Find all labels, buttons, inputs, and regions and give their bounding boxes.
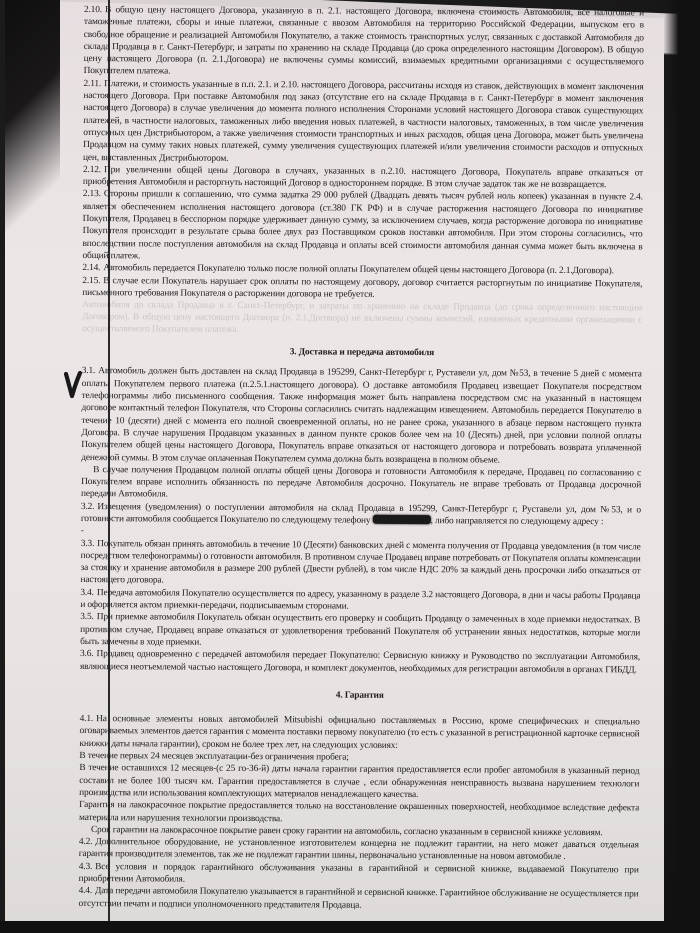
- clause-text: Платежи, и стоимость указанные в п.п. 2.…: [83, 79, 644, 164]
- clause: 3.2.Извещения (уведомления) о поступлени…: [81, 501, 641, 541]
- clause: 3.5.При приемке автомобиля Покупатель об…: [80, 611, 640, 651]
- clause: 4.4.Дата передачи автомобиля Покупателю …: [78, 885, 638, 913]
- clause-text: В течение оставшихся 12 месяцев-(с 25 го…: [79, 763, 639, 800]
- clause-number: 3.5.: [80, 612, 94, 622]
- clause-number: 2.15.: [82, 276, 100, 286]
- clause-number: 2.13.: [83, 189, 101, 199]
- clause-number: 3.2.: [81, 502, 95, 512]
- clause: 4.3.Все условия и порядок гарантийного о…: [79, 861, 639, 889]
- clause-number: 4.1.: [80, 714, 94, 724]
- clause-text: Дополнительное оборудование, не установл…: [79, 837, 639, 862]
- section-3-title: 3. Доставка и передача автомобиля: [82, 345, 642, 361]
- clause: 4.2.Дополнительное оборудование, не уста…: [79, 836, 639, 864]
- clause: В случае получения Продавцом полной опла…: [81, 464, 641, 504]
- clause: 3.3.Покупатель обязан принять автомобиль…: [80, 538, 640, 591]
- clause-number: 4.3.: [79, 862, 93, 872]
- clause: 4.1.На основные элементы новых автомобил…: [79, 713, 639, 753]
- clause-text: На основные элементы новых автомобилей M…: [79, 714, 639, 750]
- right-dark-area: [664, 0, 700, 933]
- clause-text: Дата передачи автомобиля Покупателю указ…: [78, 886, 638, 910]
- clause: Гарантия на лакокрасочное покрытие предо…: [79, 799, 639, 827]
- clause-text: При увеличении общей цены Договора в слу…: [83, 165, 643, 190]
- clause: 2.12.При увеличении общей цены Договора …: [83, 164, 643, 192]
- section-2-tail: 2.10.В общую цену настоящего Договора, у…: [82, 4, 644, 303]
- clause: 3.6.Продавец одновременно с передачей ав…: [80, 648, 640, 676]
- section-4-title: 4. Гарантия: [80, 688, 640, 704]
- clause-number: 2.10.: [84, 5, 102, 15]
- clause-number: 2.11.: [83, 79, 101, 89]
- clause-text: , либо направляется по следующему адресу…: [431, 516, 604, 527]
- clause-text: В общую цену настоящего Договора, указан…: [84, 5, 644, 77]
- page-left-edge: [0, 0, 5, 933]
- clause: 3.4.Передача автомобиля Покупателю осуще…: [80, 587, 640, 615]
- bottom-dark-area: [0, 921, 700, 933]
- clause-text: Все условия и порядок гарантийного обслу…: [79, 862, 639, 885]
- clause-number: 3.3.: [81, 539, 95, 549]
- clause-text: Стороны пришли к соглашению, что сумма з…: [82, 190, 642, 262]
- clause-text: В случае если Покупатель нарушает срок о…: [82, 276, 642, 300]
- clause: 2.10.В общую цену настоящего Договора, у…: [84, 4, 644, 81]
- clause-number: 2.14.: [82, 263, 100, 273]
- clause-number: 4.2.: [79, 837, 93, 847]
- clause-number: 3.6.: [80, 649, 94, 659]
- clause-text: Автомобиль передается Покупателю только …: [103, 263, 613, 276]
- show-through-text: Автомобиля до склада Продавца в г. Санкт…: [82, 299, 642, 338]
- handwritten-check-mark-icon: [64, 371, 82, 399]
- clause-number: 4.4.: [79, 886, 93, 896]
- clause-text: Передача автомобиля Покупателю осуществл…: [80, 588, 640, 612]
- clause-text: При приемке автомобиля Покупатель обязан…: [80, 612, 640, 647]
- clause: 2.15.В случае если Покупатель нарушает с…: [82, 275, 642, 303]
- clause-number: 3.4.: [80, 588, 94, 598]
- corner-shadow: [0, 0, 60, 260]
- clause-text: В случае получения Продавцом полной опла…: [81, 465, 641, 500]
- clause-text: Автомобиль должен быть доставлен на скла…: [81, 367, 642, 466]
- clause-text: Продавец одновременно с передачей автомо…: [80, 649, 640, 675]
- clause: В течение оставшихся 12 месяцев-(с 25 го…: [79, 762, 639, 802]
- clause: 2.11.Платежи, и стоимость указанные в п.…: [83, 78, 644, 167]
- section-4-body: 4.1.На основные элементы новых автомобил…: [78, 713, 639, 913]
- clause-text: В течение первых 24 месяцев эксплуатации…: [79, 751, 348, 763]
- clause-number: 3.1.: [82, 366, 96, 376]
- redacted-phone-number: [373, 515, 431, 524]
- clause: 2.13.Стороны пришли к соглашению, что су…: [82, 188, 642, 265]
- section-3-body: 3.1.Автомобиль должен быть доставлен на …: [80, 365, 642, 676]
- clause: 3.1.Автомобиль должен быть доставлен на …: [81, 365, 642, 467]
- clause-text: Покупатель обязан принять автомобиль в т…: [80, 539, 640, 586]
- clause-number: 2.12.: [83, 165, 101, 175]
- document-text: 2.10.В общую цену настоящего Договора, у…: [78, 4, 644, 913]
- clause-text: Гарантия на лакокрасочное покрытие предо…: [79, 800, 639, 824]
